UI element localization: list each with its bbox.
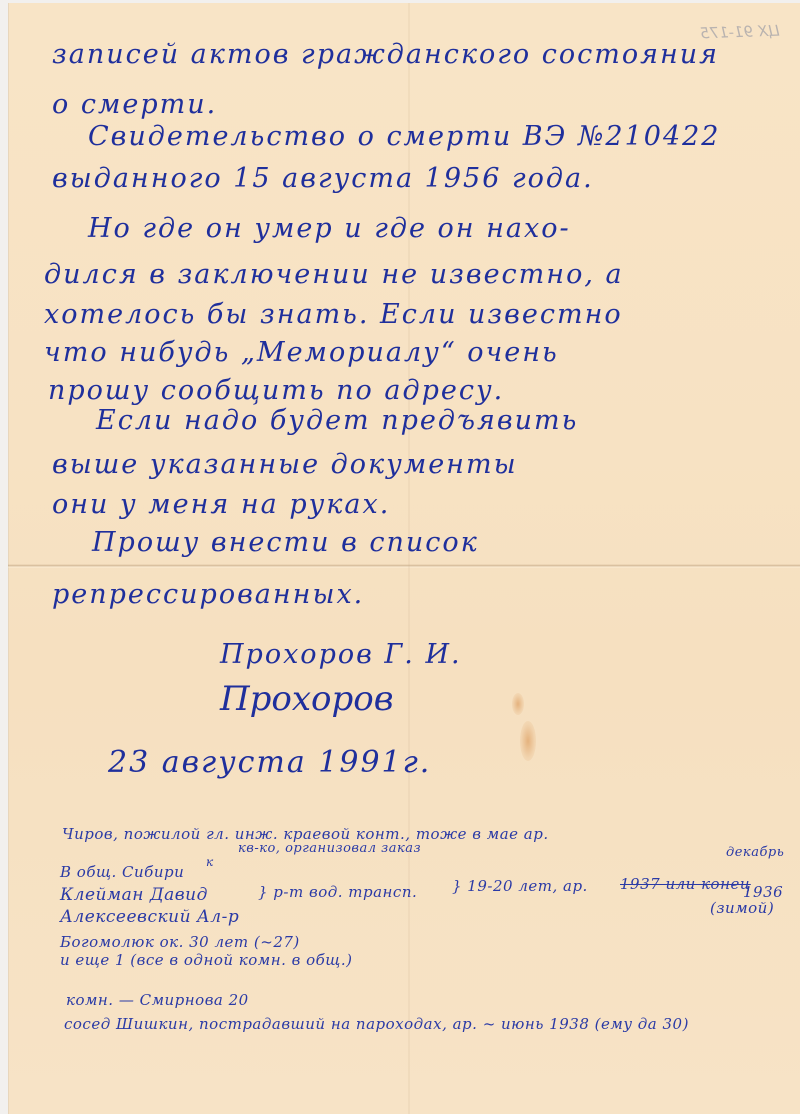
- letter-line: Но где он умер и где он нахо-: [88, 213, 571, 244]
- note-line: } р-т вод. трансп.: [258, 883, 417, 901]
- letter-line: прошу сообщить по адресу.: [48, 375, 504, 406]
- letter-line: хотелось бы знать. Если известно: [44, 299, 623, 330]
- letter-line: выше указанные документы: [52, 449, 518, 480]
- paper-fold: [8, 564, 800, 568]
- note-line: кв-ко, организовал заказ: [238, 841, 421, 856]
- letter-line: дился в заключении не известно, а: [44, 259, 624, 290]
- note-line: Клейман Давид: [60, 885, 208, 905]
- note-line: сосед Шишкин, пострадавший на пароходах,…: [64, 1015, 689, 1033]
- letter-line: Прошу внести в список: [92, 527, 479, 558]
- note-line: Алексеевский Ал-р: [60, 907, 239, 927]
- note-mark: к: [206, 855, 214, 869]
- note-line: В общ. Сибири: [60, 863, 184, 881]
- letter-date: 23 августа 1991г.: [108, 745, 431, 780]
- note-line: (зимой): [710, 899, 774, 917]
- note-line: } 19-20 лет, ар.: [452, 877, 588, 895]
- rust-stain: [512, 693, 524, 715]
- struck-text: 1937 или конец: [620, 875, 751, 893]
- letter-line: выданного 15 августа 1956 года.: [52, 163, 594, 194]
- note-line: и еще 1 (все в одной комн. в общ.): [60, 951, 352, 969]
- letter-line: Свидетельство о смерти ВЭ №210422: [88, 121, 721, 152]
- letter-line: Если надо будет предъявить: [96, 405, 578, 436]
- letter-line: что нибудь „Мемориалу“ очень: [44, 337, 559, 368]
- document-page: ЦХ 91-175 записей актов гражданского сос…: [8, 3, 800, 1114]
- letter-line: записей актов гражданского состояния: [52, 39, 719, 70]
- signature: Прохоров: [220, 679, 394, 719]
- signer-name: Прохоров Г. И.: [220, 639, 462, 670]
- note-line: комн. — Смирнова 20: [66, 991, 249, 1009]
- rust-stain: [520, 721, 536, 761]
- note-line: декабрь: [726, 845, 784, 860]
- letter-line: они у меня на руках.: [52, 489, 390, 520]
- note-line: Богомолюк ок. 30 лет (~27): [60, 933, 300, 951]
- letter-line: о смерти.: [52, 89, 217, 120]
- letter-line: репрессированных.: [52, 579, 364, 610]
